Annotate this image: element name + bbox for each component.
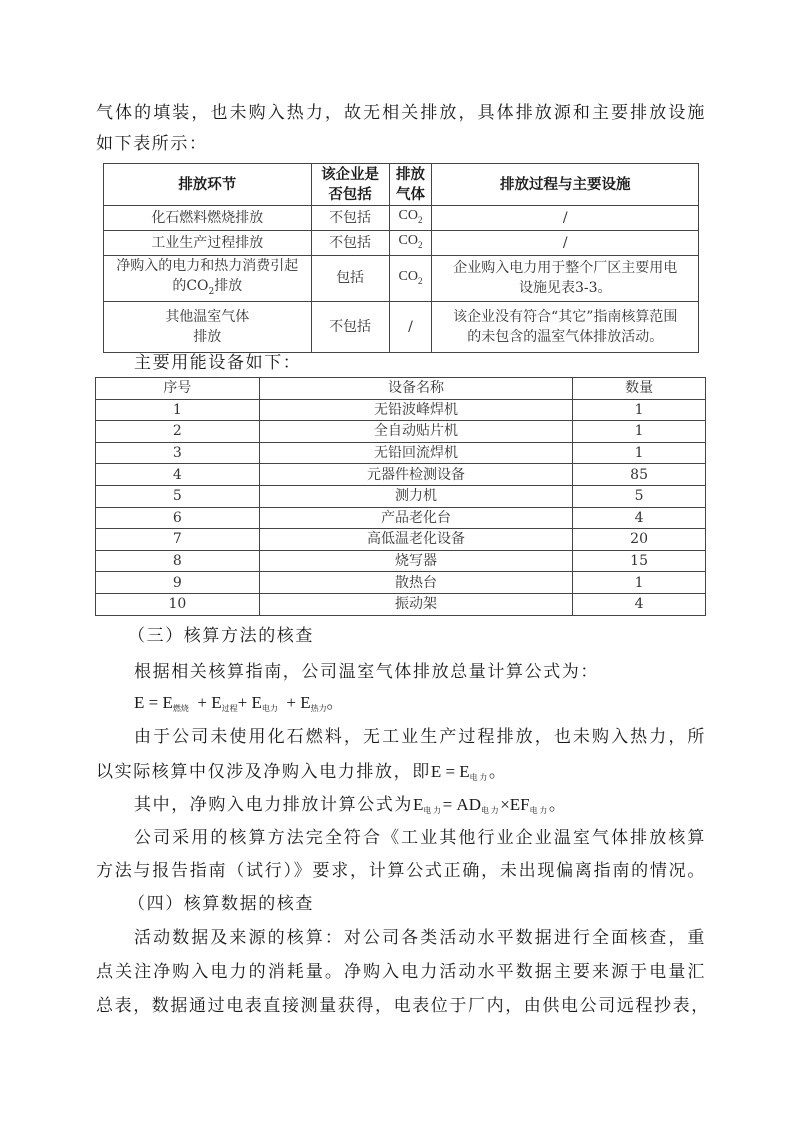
intro-line-1: 气体的填装，也未购入热力，故无相关排放，具体排放源和主要排放设施 xyxy=(96,98,706,123)
table-row: 化石燃料燃烧排放 不包括 CO2 / xyxy=(104,206,699,231)
section-3-paragraph-3: 其中，净购入电力排放计算公式为E电力= AD电力×EF电力。 xyxy=(134,790,567,816)
section-4-paragraph-line-3: 总表，数据通过电表直接测量获得，电表位于厂内，由供电公司远程抄表， xyxy=(96,991,706,1016)
table-row: 1无铅波峰焊机1 xyxy=(96,399,706,421)
equipment-table: 序号 设备名称 数量 1无铅波峰焊机1 2全自动贴片机1 3无铅回流焊机1 4元… xyxy=(95,377,706,616)
section-4-paragraph-line-1: 活动数据及来源的核算：对公司各类活动水平数据进行全面核查，重 xyxy=(134,923,706,948)
table-row: 4元器件检测设备85 xyxy=(96,464,706,486)
header-description: 排放过程与主要设施 xyxy=(432,164,699,206)
total-emission-formula: E = E燃烧 + E过程+ E电力 + E热力。 xyxy=(134,688,344,714)
section-3-paragraph-2-line-2: 以实际核算中仅涉及净购入电力排放，即E = E电力。 xyxy=(96,757,507,783)
table-row: 5测力机5 xyxy=(96,485,706,507)
table-row: 工业生产过程排放 不包括 CO2 / xyxy=(104,230,699,255)
section-4-paragraph-line-2: 点关注净购入电力的消耗量。净购入电力活动水平数据主要来源于电量汇 xyxy=(96,957,706,982)
table-row: 7高低温老化设备20 xyxy=(96,529,706,551)
section-3-heading: （三）核算方法的核查 xyxy=(128,621,314,646)
section-3-paragraph-4-line-2: 方法与报告指南（试行）》要求，计算公式正确，未出现偏离指南的情况。 xyxy=(96,856,706,881)
header-stage: 排放环节 xyxy=(104,164,312,206)
table-row: 净购入的电力和热力消费引起的CO2排放 包括 CO2 企业购入电力用于整个厂区主… xyxy=(104,255,699,302)
table-header-row: 排放环节 该企业是否包括 排放气体 排放过程与主要设施 xyxy=(104,164,699,206)
section-3-paragraph-2-line-1: 由于公司未使用化石燃料，无工业生产过程排放，也未购入热力，所 xyxy=(134,722,706,747)
section-3-paragraph-1: 根据相关核算指南，公司温室气体排放总量计算公式为： xyxy=(134,657,599,682)
emission-sources-table: 排放环节 该企业是否包括 排放气体 排放过程与主要设施 化石燃料燃烧排放 不包括… xyxy=(103,163,699,353)
table-row: 2全自动贴片机1 xyxy=(96,421,706,443)
table-row: 10振动架4 xyxy=(96,593,706,615)
table-row: 8烧写器15 xyxy=(96,550,706,572)
table-header-row: 序号 设备名称 数量 xyxy=(96,378,706,400)
equipment-intro: 主要用能设备如下： xyxy=(134,348,301,373)
section-3-paragraph-4-line-1: 公司采用的核算方法完全符合《工业其他行业企业温室气体排放核算 xyxy=(134,823,706,848)
table-row: 其他温室气体排放 不包括 / 该企业没有符合“其它”指南核算范围的未包含的温室气… xyxy=(104,302,699,353)
table-row: 6产品老化台4 xyxy=(96,507,706,529)
header-included: 该企业是否包括 xyxy=(311,164,389,206)
table-row: 9散热台1 xyxy=(96,572,706,594)
header-gas: 排放气体 xyxy=(389,164,432,206)
section-4-heading: （四）核算数据的核查 xyxy=(128,889,314,914)
intro-line-2: 如下表所示： xyxy=(96,129,208,154)
table-row: 3无铅回流焊机1 xyxy=(96,442,706,464)
